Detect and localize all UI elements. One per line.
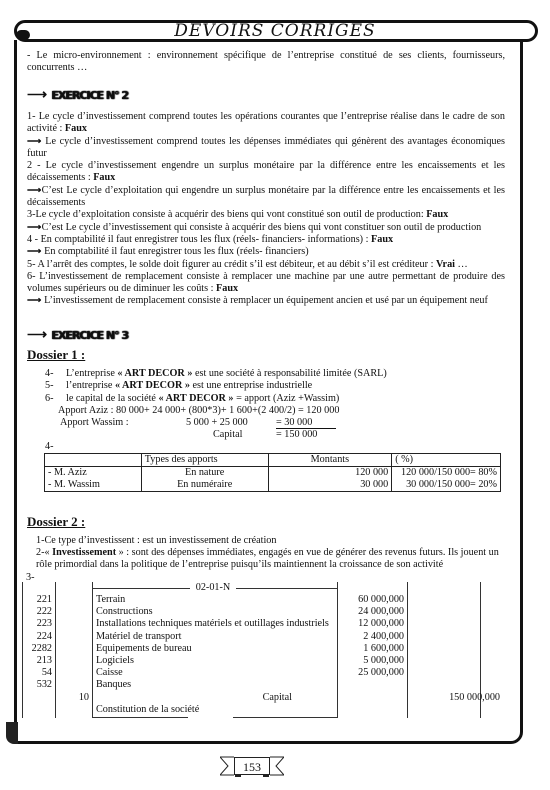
dossier-1-list: 4-L’entreprise « ART DECOR » est une soc… <box>45 368 505 405</box>
entry-label: Terrain <box>96 594 336 606</box>
header-cell: Types des apports <box>141 454 268 467</box>
entry-description: Constitution de la société <box>96 704 199 716</box>
exercise-2-body: 1- Le cycle d’investissement comprend to… <box>27 111 505 308</box>
credit-account: 10 <box>55 692 89 704</box>
entry-label: Capital <box>96 692 292 704</box>
journal-rule <box>92 582 93 718</box>
arrow-right-icon: ⟶ <box>27 185 42 196</box>
percent-cell: 120 000/150 000= 80% 30 000/150 000= 20% <box>392 467 501 492</box>
question: 5- A l’arrêt des comptes, le solde doit … <box>27 259 505 271</box>
answer: ⟶ L’investissement de remplacement consi… <box>27 295 505 307</box>
dossier-1-title: Dossier 1 : <box>27 347 85 363</box>
debit-amount: 1 600,000 <box>337 643 404 655</box>
dossier-2-p2: 2-« Investissement » : sont des dépenses… <box>36 547 506 572</box>
verdict: Faux <box>65 123 87 134</box>
calc-wassim-total: = 30 000 <box>276 417 336 429</box>
dossier-1-item: 4-L’entreprise « ART DECOR » est une soc… <box>45 368 505 380</box>
table-label: 4- <box>45 441 54 453</box>
entry-label: Installations techniques matériels et ou… <box>96 618 336 630</box>
journal-date: 02-01-N <box>190 582 236 594</box>
arrow-right-icon: ⟶ <box>27 327 47 344</box>
answer: ⟶C’est Le cycle d’investissement qui con… <box>27 222 505 234</box>
debit-account: 223 <box>22 618 52 630</box>
debit-account: 221 <box>22 594 52 606</box>
question: 2 - Le cycle d’investissement engendre u… <box>27 160 505 185</box>
apports-table-header: Types des apports Montants ( %) <box>45 454 501 467</box>
arrow-right-icon: ⟶ <box>27 222 42 233</box>
verdict: Faux <box>426 209 448 220</box>
frame-corner-ornament <box>6 722 18 744</box>
intro-paragraph: - Le micro-environnement : environnement… <box>27 50 505 75</box>
verdict: Faux <box>93 172 115 183</box>
exercise-3-heading: ⟶ EXERCICE N° 3 <box>27 326 128 344</box>
entry-label: Equipements de bureau <box>96 643 336 655</box>
calc-wassim-label: Apport Wassim : <box>60 417 129 429</box>
page-header-title: DEVOIRS CORRIGES <box>0 20 550 42</box>
question: 4 - En comptabilité il faut enregistrer … <box>27 234 505 246</box>
debit-account: 222 <box>22 606 52 618</box>
arrow-right-icon: ⟶ <box>27 246 42 257</box>
types-cell: En nature En numéraire <box>141 467 268 492</box>
calc-capital-label: Capital <box>213 429 242 441</box>
credit-amount: 150 000,000 <box>407 692 500 704</box>
entry-label: Caisse <box>96 667 336 679</box>
verdict: Vrai <box>436 259 455 270</box>
arrow-right-icon: ⟶ <box>27 87 47 104</box>
dossier-2-p1: 1-Ce type d’investissent : est un invest… <box>36 535 277 547</box>
debit-amount: 2 400,000 <box>337 631 404 643</box>
calc-wassim-expr: 5 000 + 25 000 <box>186 417 248 429</box>
calc-capital-total: = 150 000 <box>276 429 317 441</box>
question: 6- L’investissement de remplacement cons… <box>27 271 505 296</box>
arrow-right-icon: ⟶ <box>27 295 42 306</box>
entry-label: Logiciels <box>96 655 336 667</box>
apports-table-body: - M. Aziz - M. Wassim En nature En numér… <box>45 467 501 492</box>
calc-aziz: Apport Aziz : 80 000+ 24 000+ (800*3)+ 1… <box>58 405 339 417</box>
debit-account: 2282 <box>22 643 52 655</box>
apports-table: Types des apports Montants ( %) - M. Azi… <box>44 453 501 492</box>
debit-amount: 12 000,000 <box>337 618 404 630</box>
journal-end-rule <box>92 717 188 718</box>
header-cell: Montants <box>268 454 392 467</box>
debit-account: 213 <box>22 655 52 667</box>
question: 1- Le cycle d’investissement comprend to… <box>27 111 505 136</box>
dossier-1-item: 6-le capital de la société « ART DECOR »… <box>45 393 505 405</box>
entry-label: Matériel de transport <box>96 631 336 643</box>
verdict: Faux <box>371 234 393 245</box>
journal-label: 3- <box>26 572 35 584</box>
debit-amount: 60 000,000 <box>337 594 404 606</box>
debit-amount: 24 000,000 <box>337 606 404 618</box>
journal-end-rule <box>233 717 337 718</box>
question: 3-Le cycle d’exploitation consiste à acq… <box>27 209 505 221</box>
amounts-cell: 120 000 30 000 <box>268 467 392 492</box>
dossier-1-item: 5-l’entreprise « ART DECOR » est une ent… <box>45 380 505 392</box>
debit-amount: 5 000,000 <box>337 655 404 667</box>
debit-account: 224 <box>22 631 52 643</box>
header-cell: ( %) <box>392 454 501 467</box>
entry-label: Banques <box>96 679 336 691</box>
exercise-2-heading: ⟶ EXERCICE N° 2 <box>27 86 128 104</box>
entry-label: Constructions <box>96 606 336 618</box>
verdict: Faux <box>216 283 238 294</box>
debit-account: 532 <box>22 679 52 691</box>
debit-amount: 25 000,000 <box>337 667 404 679</box>
arrow-right-icon: ⟶ <box>27 136 42 147</box>
journal-date-rule <box>92 588 190 589</box>
answer: ⟶C’est Le cycle d’exploitation qui engen… <box>27 185 505 210</box>
answer: ⟶ En comptabilité il faut enregistrer to… <box>27 246 505 258</box>
associates-cell: - M. Aziz - M. Wassim <box>45 467 142 492</box>
page-number: 153 <box>234 757 270 775</box>
dossier-2-title: Dossier 2 : <box>27 514 85 530</box>
answer: ⟶ Le cycle d’investissement comprend tou… <box>27 136 505 161</box>
header-cell <box>45 454 142 467</box>
debit-account: 54 <box>22 667 52 679</box>
journal-date-rule <box>236 588 337 589</box>
